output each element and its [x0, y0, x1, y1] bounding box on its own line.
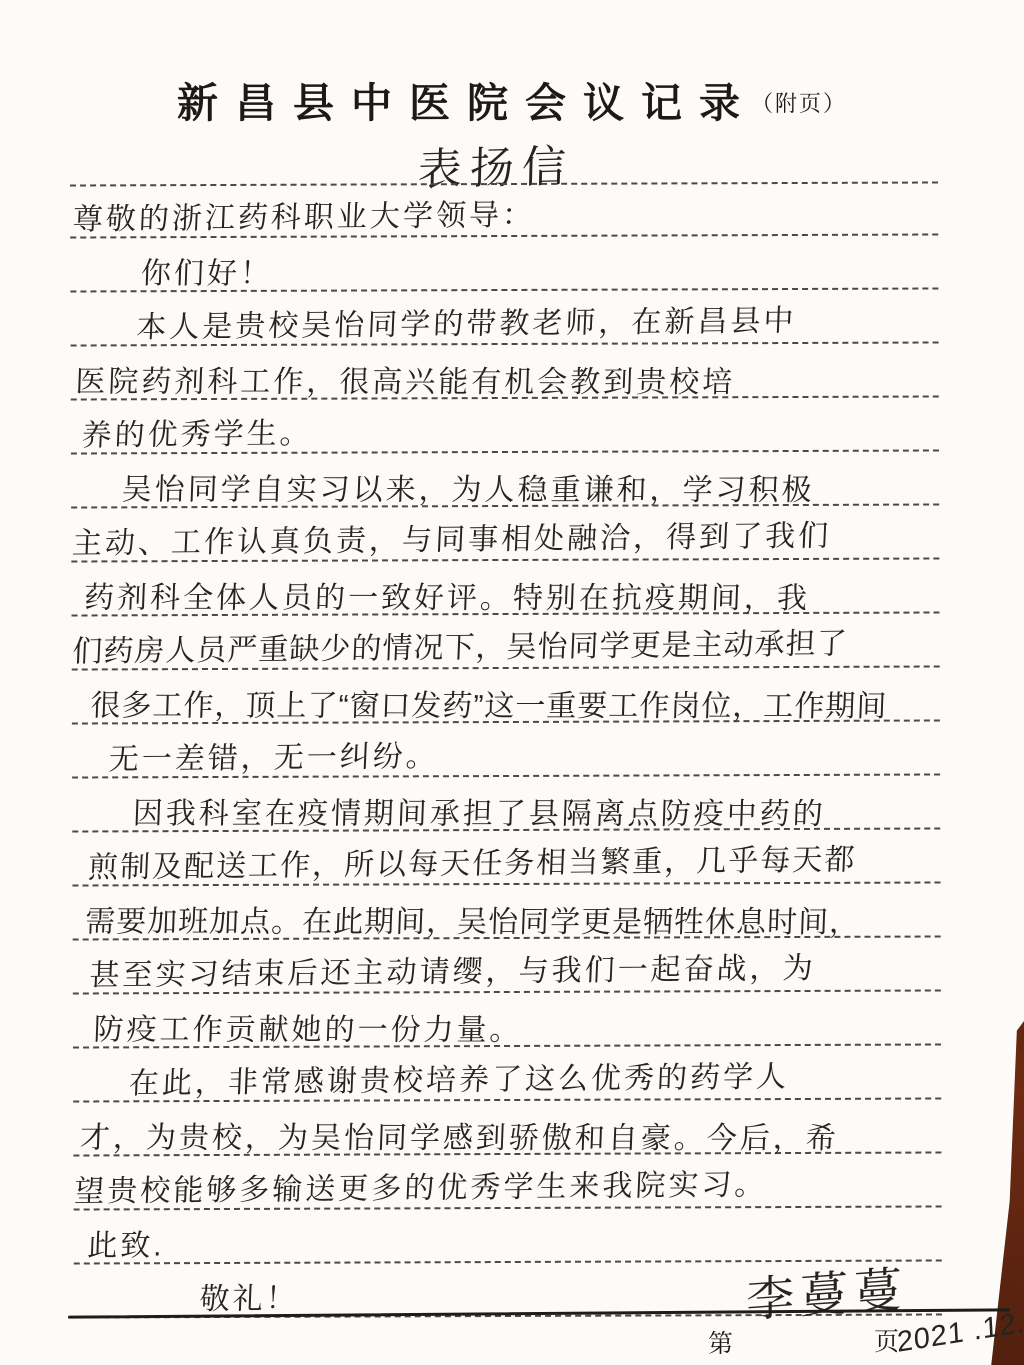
letter-line: 煎制及配送工作，所以每天任务相当繁重，几乎每天都	[72, 829, 940, 886]
letter-line: 因我科室在疫情期间承担了县隔离点防疫中药的	[72, 775, 940, 832]
letter-line: 们药房人员严重缺少的情况下，吴怡同学更是主动承担了	[72, 613, 940, 670]
handwritten-text: 养的优秀学生。	[81, 419, 313, 451]
handwritten-text: 你们好！	[140, 259, 273, 289]
letter-line: 望贵校能够多输送更多的优秀学生来我院实习。	[73, 1153, 941, 1210]
letter-line: 防疫工作贡献她的一份力量。	[73, 991, 941, 1048]
handwritten-text: 医院药剂科工作，很高兴能有机会教到贵校培	[75, 367, 736, 398]
handwritten-text: 因我科室在疫情期间承担了县隔离点防疫中药的	[132, 799, 826, 830]
handwritten-text: 甚至实习结束后还主动请缨，与我们一起奋战，为	[89, 954, 816, 992]
letter-line: 需要加班加点。在此期间，吴怡同学更是牺牲休息时间，	[72, 883, 940, 940]
handwritten-text: 们药房人员严重缺少的情况下，吴怡同学更是主动承担了	[72, 629, 848, 667]
handwritten-text: 此致.	[87, 1231, 165, 1261]
form-header: 新昌县中医院会议记录（附页）	[0, 70, 1024, 129]
handwritten-text: 无一差错，无一纠纷。	[108, 742, 439, 775]
letter-line: 很多工作，顶上了“窗口发药”这一重要工作岗位，工作期间	[72, 667, 940, 724]
handwritten-text: 煎制及配送工作，所以每天任务相当繁重，几乎每天都	[87, 845, 856, 883]
handwritten-text: 在此，非常感谢贵校培养了这么优秀的药学人	[128, 1062, 789, 1099]
scanned-letter-page: 新昌县中医院会议记录（附页） 表扬信 尊敬的浙江药科职业大学领导： 你们好！ 本…	[0, 0, 1024, 1365]
letter-line: 医院药剂科工作，很高兴能有机会教到贵校培	[71, 343, 939, 400]
form-title: 新昌县中医院会议记录	[177, 80, 757, 126]
handwritten-text: 主动、工作认真负责，与同事相处融洽，得到了我们	[71, 522, 831, 560]
letter-line: 本人是贵校吴怡同学的带教老师，在新昌县中	[70, 289, 938, 346]
letter-line: 养的优秀学生。	[71, 397, 939, 454]
handwritten-text: 敬礼！	[199, 1284, 299, 1315]
letter-line: 吴怡同学自实习以来，为人稳重谦和，学习积极	[71, 451, 939, 508]
letter-line: 尊敬的浙江药科职业大学领导：	[70, 181, 938, 238]
handwritten-text: 本人是贵校吴怡同学的带教老师，在新昌县中	[136, 306, 797, 343]
letter-line: 甚至实习结束后还主动请缨，与我们一起奋战，为	[73, 937, 941, 994]
handwritten-text: 需要加班加点。在此期间，吴怡同学更是牺牲休息时间，	[85, 907, 861, 938]
form-title-suffix: （附页）	[751, 91, 847, 116]
handwritten-text: 尊敬的浙江药科职业大学领导：	[72, 201, 535, 236]
handwritten-text: 才，为贵校，为吴怡同学感到骄傲和自豪。今后，希	[79, 1123, 839, 1154]
handwritten-text: 吴怡同学自实习以来，为人稳重谦和，学习积极	[121, 475, 815, 506]
handwritten-text: 药剂科全体人员的一致好评。特别在抗疫期间，我	[84, 583, 811, 614]
handwritten-signature: 李蔓蔓	[746, 1250, 908, 1330]
letter-line: 主动、工作认真负责，与同事相处融洽，得到了我们	[71, 505, 939, 562]
letter-line: 在此，非常感谢贵校培养了这么优秀的药学人	[73, 1045, 941, 1102]
handwritten-text: 望贵校能够多输送更多的优秀学生来我院实习。	[74, 1170, 768, 1207]
handwritten-text: 很多工作，顶上了“窗口发药”这一重要工作岗位，工作期间	[90, 691, 888, 722]
handwritten-text: 防疫工作贡献她的一份力量。	[93, 1015, 523, 1045]
ruled-writing-area: 尊敬的浙江药科职业大学领导： 你们好！ 本人是贵校吴怡同学的带教老师，在新昌县中…	[70, 181, 942, 1318]
letter-line: 无一差错，无一纠纷。	[72, 721, 940, 778]
page-number-prefix: 第	[708, 1324, 733, 1360]
letter-line: 药剂科全体人员的一致好评。特别在抗疫期间，我	[71, 559, 939, 616]
letter-line: 你们好！	[70, 235, 938, 292]
letter-line: 才，为贵校，为吴怡同学感到骄傲和自豪。今后，希	[73, 1099, 941, 1156]
